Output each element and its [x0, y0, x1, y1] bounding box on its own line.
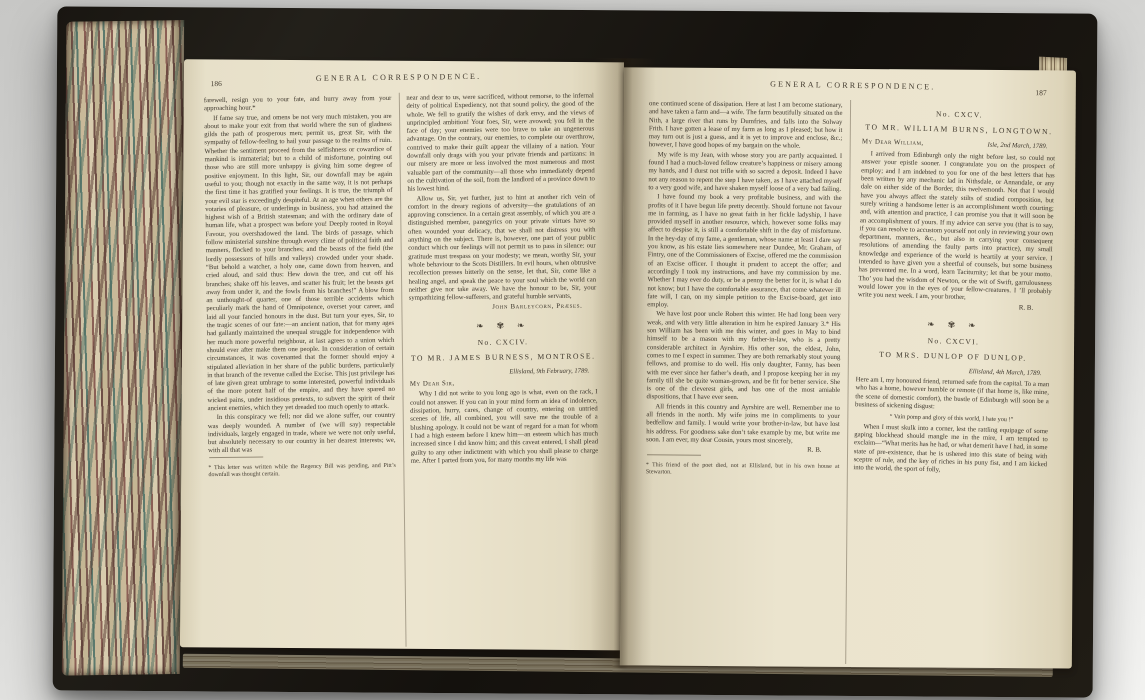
floral-ornament-icon: ❧ ✾ ❧ [857, 318, 1051, 334]
left-page-columns: farewell, resign you to your fate, and h… [197, 90, 608, 649]
right-page-column-1: one continued scene of dissipation. Here… [637, 98, 850, 664]
paragraph: farewell, resign you to your fate, and h… [204, 95, 392, 114]
paragraph: near and dear to us, were sacrificed, wi… [406, 92, 595, 194]
left-page-column-2: near and dear to us, were sacrificed, wi… [399, 90, 607, 646]
right-page-column-2: No. CXCV. TO MR. WILLIAM BURNS, LONGTOWN… [841, 100, 1063, 668]
paragraph: We have lost poor uncle Robert this wint… [646, 311, 840, 404]
letter-number: No. CXCVI. [856, 334, 1050, 348]
letter-addressee: TO MRS. DUNLOP OF DUNLOP. [856, 350, 1050, 364]
left-page-content: 186 GENERAL CORRESPONDENCE. farewell, re… [180, 59, 624, 650]
paragraph: If fame say true, and omens be not very … [204, 112, 395, 413]
right-page-content: GENERAL CORRESPONDENCE. 187 one continue… [620, 67, 1076, 668]
paragraph: one continued scene of dissipation. Here… [649, 100, 843, 151]
footnote: * This letter was written while the Rege… [208, 463, 396, 480]
footnote-rule [209, 456, 263, 458]
paragraph: My wife is my Jean, with whose story you… [648, 151, 842, 194]
left-page-column-1: farewell, resign you to your fate, and h… [197, 93, 406, 649]
letter-dateline: Isle, 2nd March, 1789. [987, 141, 1055, 151]
letter-salutation: My Dear William, [861, 138, 923, 148]
paragraph: Allow us, Sir, yet further, just to hint… [408, 193, 597, 303]
letter-addressee: TO MR. JAMES BURNESS, MONTROSE. [409, 352, 597, 364]
right-page: GENERAL CORRESPONDENCE. 187 one continue… [620, 67, 1076, 668]
left-page: 186 GENERAL CORRESPONDENCE. farewell, re… [180, 59, 624, 650]
letter-number: No. CXCIV. [409, 337, 597, 348]
paragraph: In this conspiracy we fell; nor did we a… [208, 412, 396, 456]
paragraph: I have found my book a very profitable b… [647, 194, 842, 312]
marbled-fore-edge-left [62, 20, 185, 676]
paragraph: All friends in this country and Ayrshire… [646, 403, 840, 446]
letter-body: I arrived from Edinburgh only the night … [857, 150, 1054, 304]
letter-number: No. CXCV. [862, 107, 1056, 121]
letter-dateline: Ellisland, 9th February, 1789. [410, 367, 598, 377]
letter-addressee: TO MR. WILLIAM BURNS, LONGTOWN. [862, 122, 1056, 136]
running-header: GENERAL CORRESPONDENCE. [645, 77, 1061, 93]
right-page-header: GENERAL CORRESPONDENCE. 187 [645, 77, 1061, 100]
letter-body: Why I did not write to you long ago is w… [410, 389, 598, 466]
footnote-rule [647, 454, 701, 455]
left-page-number: 186 [211, 79, 222, 88]
letter-body: When I must skulk into a corner, lest th… [853, 423, 1048, 478]
right-page-columns: one continued scene of dissipation. Here… [635, 97, 1061, 668]
left-page-header: 186 GENERAL CORRESPONDENCE. [197, 70, 601, 91]
book: 186 GENERAL CORRESPONDENCE. farewell, re… [53, 6, 1098, 697]
right-page-number: 187 [1035, 88, 1046, 97]
letter-salutation: My Dear Sir, [410, 378, 598, 389]
running-header: GENERAL CORRESPONDENCE. [197, 70, 601, 84]
footnote: * This friend of the poet died, not at E… [646, 462, 840, 478]
floral-ornament-icon: ❧ ✾ ❧ [409, 320, 597, 333]
photo-background: 186 GENERAL CORRESPONDENCE. farewell, re… [0, 0, 1145, 700]
letter-body: Here am I, my honoured friend, returned … [854, 376, 1048, 414]
letter-signature: John Barleycorn, Præses. [409, 303, 597, 314]
